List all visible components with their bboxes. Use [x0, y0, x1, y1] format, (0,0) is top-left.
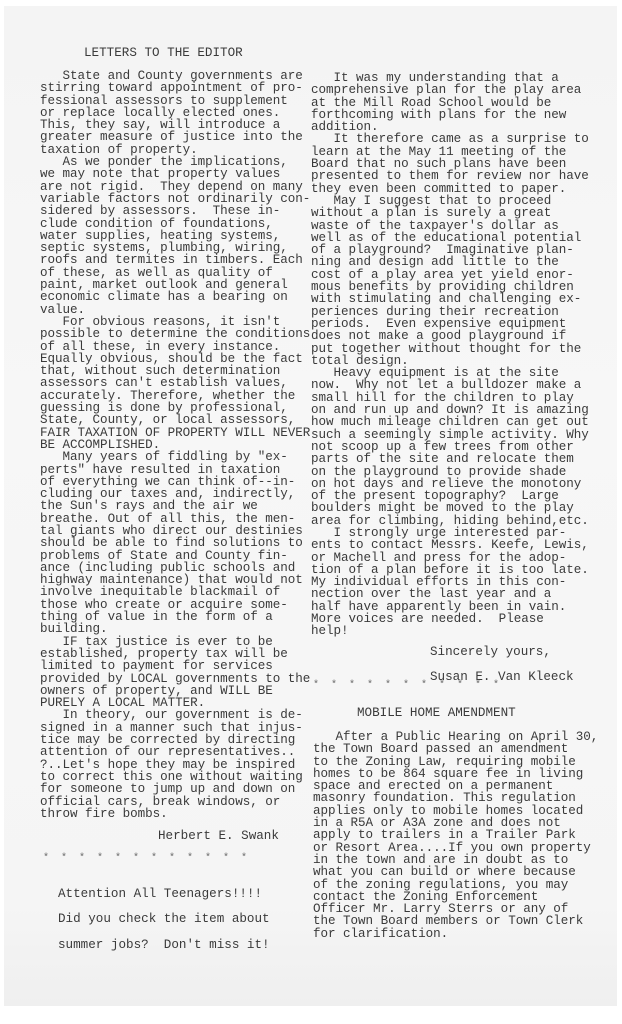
letter-assessors: State and County governments arestirring…	[40, 70, 310, 820]
text-line: clude condition of foundations,	[40, 218, 310, 230]
text-line: for someone to jump up and down on	[40, 783, 310, 795]
text-line: State, County, or local assessors,	[40, 414, 310, 426]
text-line: It therefore came as a surprise to	[311, 133, 589, 145]
text-line: building.	[40, 623, 310, 635]
text-line: the Town Board members or Town Clerk	[313, 915, 598, 927]
text-line: possible to determine the conditions	[40, 328, 310, 340]
text-line: how much mileage children can get out	[311, 416, 589, 428]
text-line: help!	[311, 625, 589, 637]
text-line: of all these, in every instance.	[40, 341, 310, 353]
text-line: involve inequitable blackmail of	[40, 586, 310, 598]
text-line: parts of the site and relocate them	[311, 453, 589, 465]
signature-herbert-swank: Herbert E. Swank	[158, 829, 279, 843]
text-line: apply to trailers in a Trailer Park	[313, 829, 598, 841]
text-line: ents to contact Messrs. Keefe, Lewis,	[311, 539, 589, 551]
text-line: greater measure of justice into the	[40, 131, 310, 143]
text-line: assessors can't establish values,	[40, 377, 310, 389]
text-line: should be able to find solutions to	[40, 537, 310, 549]
text-line: throw fire bombs.	[40, 808, 310, 820]
notice-line-2: Did you check the item about	[58, 912, 270, 926]
text-line: put together without thought for the	[311, 343, 589, 355]
text-line: roofs and termites in timbers. Each	[40, 254, 310, 266]
text-line: of the zoning regulations, you may	[313, 879, 598, 891]
text-line: the Town Board passed an amendment	[313, 743, 598, 755]
text-line: sidered by assessors. These in-	[40, 205, 310, 217]
letter-playground: It was my understanding that acomprehens…	[311, 72, 589, 638]
notice-line-1: Attention All Teenagers!!!!	[58, 887, 262, 901]
text-line: presented to them for review nor have	[311, 170, 589, 182]
text-line: ning and design add little to the	[311, 256, 589, 268]
text-line: what you can build or where because	[313, 866, 598, 878]
text-line: boulders might be moved to the play	[311, 502, 589, 514]
text-line: economic climate has a bearing on	[40, 291, 310, 303]
text-line: official cars, break windows, or	[40, 796, 310, 808]
text-line: waste of the taxpayer's dollar as	[311, 220, 589, 232]
text-line: attention of our representatives..	[40, 746, 310, 758]
text-line: we may note that property values	[40, 168, 310, 180]
separator-stars-left: * * * * * * * * * * * *	[43, 853, 247, 864]
text-line: the Sun's rays and the air we	[40, 500, 310, 512]
text-line: stirring toward appointment of pro-	[40, 82, 310, 94]
text-line: perts" have resulted in taxation	[40, 464, 310, 476]
closing-sincerely: Sincerely yours,	[430, 645, 551, 659]
notice-line-3: summer jobs? Don't miss it!	[58, 938, 270, 952]
text-line: for clarification.	[313, 928, 598, 940]
article-mobile-home: After a Public Hearing on April 30,the T…	[313, 731, 598, 940]
text-line: with stimulating and challenging ex-	[311, 293, 589, 305]
article-heading: MOBILE HOME AMENDMENT	[357, 706, 516, 720]
text-line: now. Why not let a bulldozer make a	[311, 379, 589, 391]
text-line: limited to payment for services	[40, 660, 310, 672]
text-line: More voices are needed. Please	[311, 613, 589, 625]
text-line: provided by LOCAL governments to the	[40, 673, 310, 685]
text-line: Many years of fiddling by "ex-	[40, 451, 310, 463]
text-line: masonry foundation. This regulation	[313, 792, 598, 804]
text-line: nection over the last year and a	[311, 588, 589, 600]
text-line: without a plan is surely a great	[311, 207, 589, 219]
text-line: does not make a good playground if	[311, 330, 589, 342]
page-title: LETTERS TO THE EDITOR	[84, 46, 243, 60]
separator-stars-right: * * * * * * * * * * *	[313, 680, 499, 691]
text-line: In theory, our government is de-	[40, 709, 310, 721]
text-line: comprehensive plan for the play area	[311, 84, 589, 96]
text-line: on the playground to provide shade	[311, 466, 589, 478]
